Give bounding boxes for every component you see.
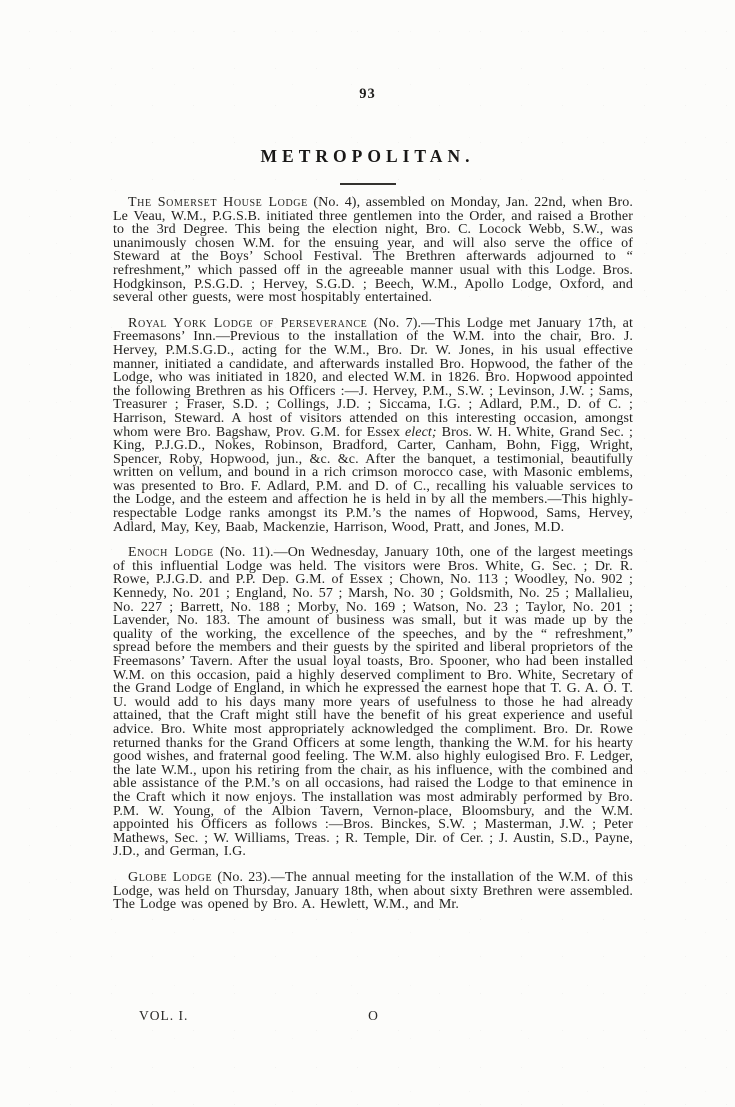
article-column: The Somerset House Lodge (No. 4), assemb… <box>113 196 633 924</box>
article-body-enoch: (No. 11).—On Wednesday, January 10th, on… <box>113 545 633 859</box>
article-body-royal-york-part1: (No. 7).—This Lodge met January 17th, at… <box>113 316 633 440</box>
article-body-somerset-house: (No. 4), assembled on Monday, Jan. 22nd,… <box>113 195 633 305</box>
section-heading: METROPOLITAN. <box>0 146 735 167</box>
article-globe-lodge: Globe Lodge (No. 23).—The annual meeting… <box>113 871 633 912</box>
article-body-royal-york-part2: Bros. W. H. White, Grand Sec. ; King, P.… <box>113 425 633 535</box>
heading-rule <box>340 183 396 185</box>
footer-signature-mark: O <box>113 1008 633 1024</box>
article-somerset-house-lodge: The Somerset House Lodge (No. 4), assemb… <box>113 196 633 305</box>
article-enoch-lodge: Enoch Lodge (No. 11).—On Wednesday, Janu… <box>113 546 633 859</box>
page-number: 93 <box>0 86 735 103</box>
scanned-page: 93 METROPOLITAN. The Somerset House Lodg… <box>0 0 735 1107</box>
article-royal-york-lodge: Royal York Lodge of Perseverance (No. 7)… <box>113 317 633 535</box>
